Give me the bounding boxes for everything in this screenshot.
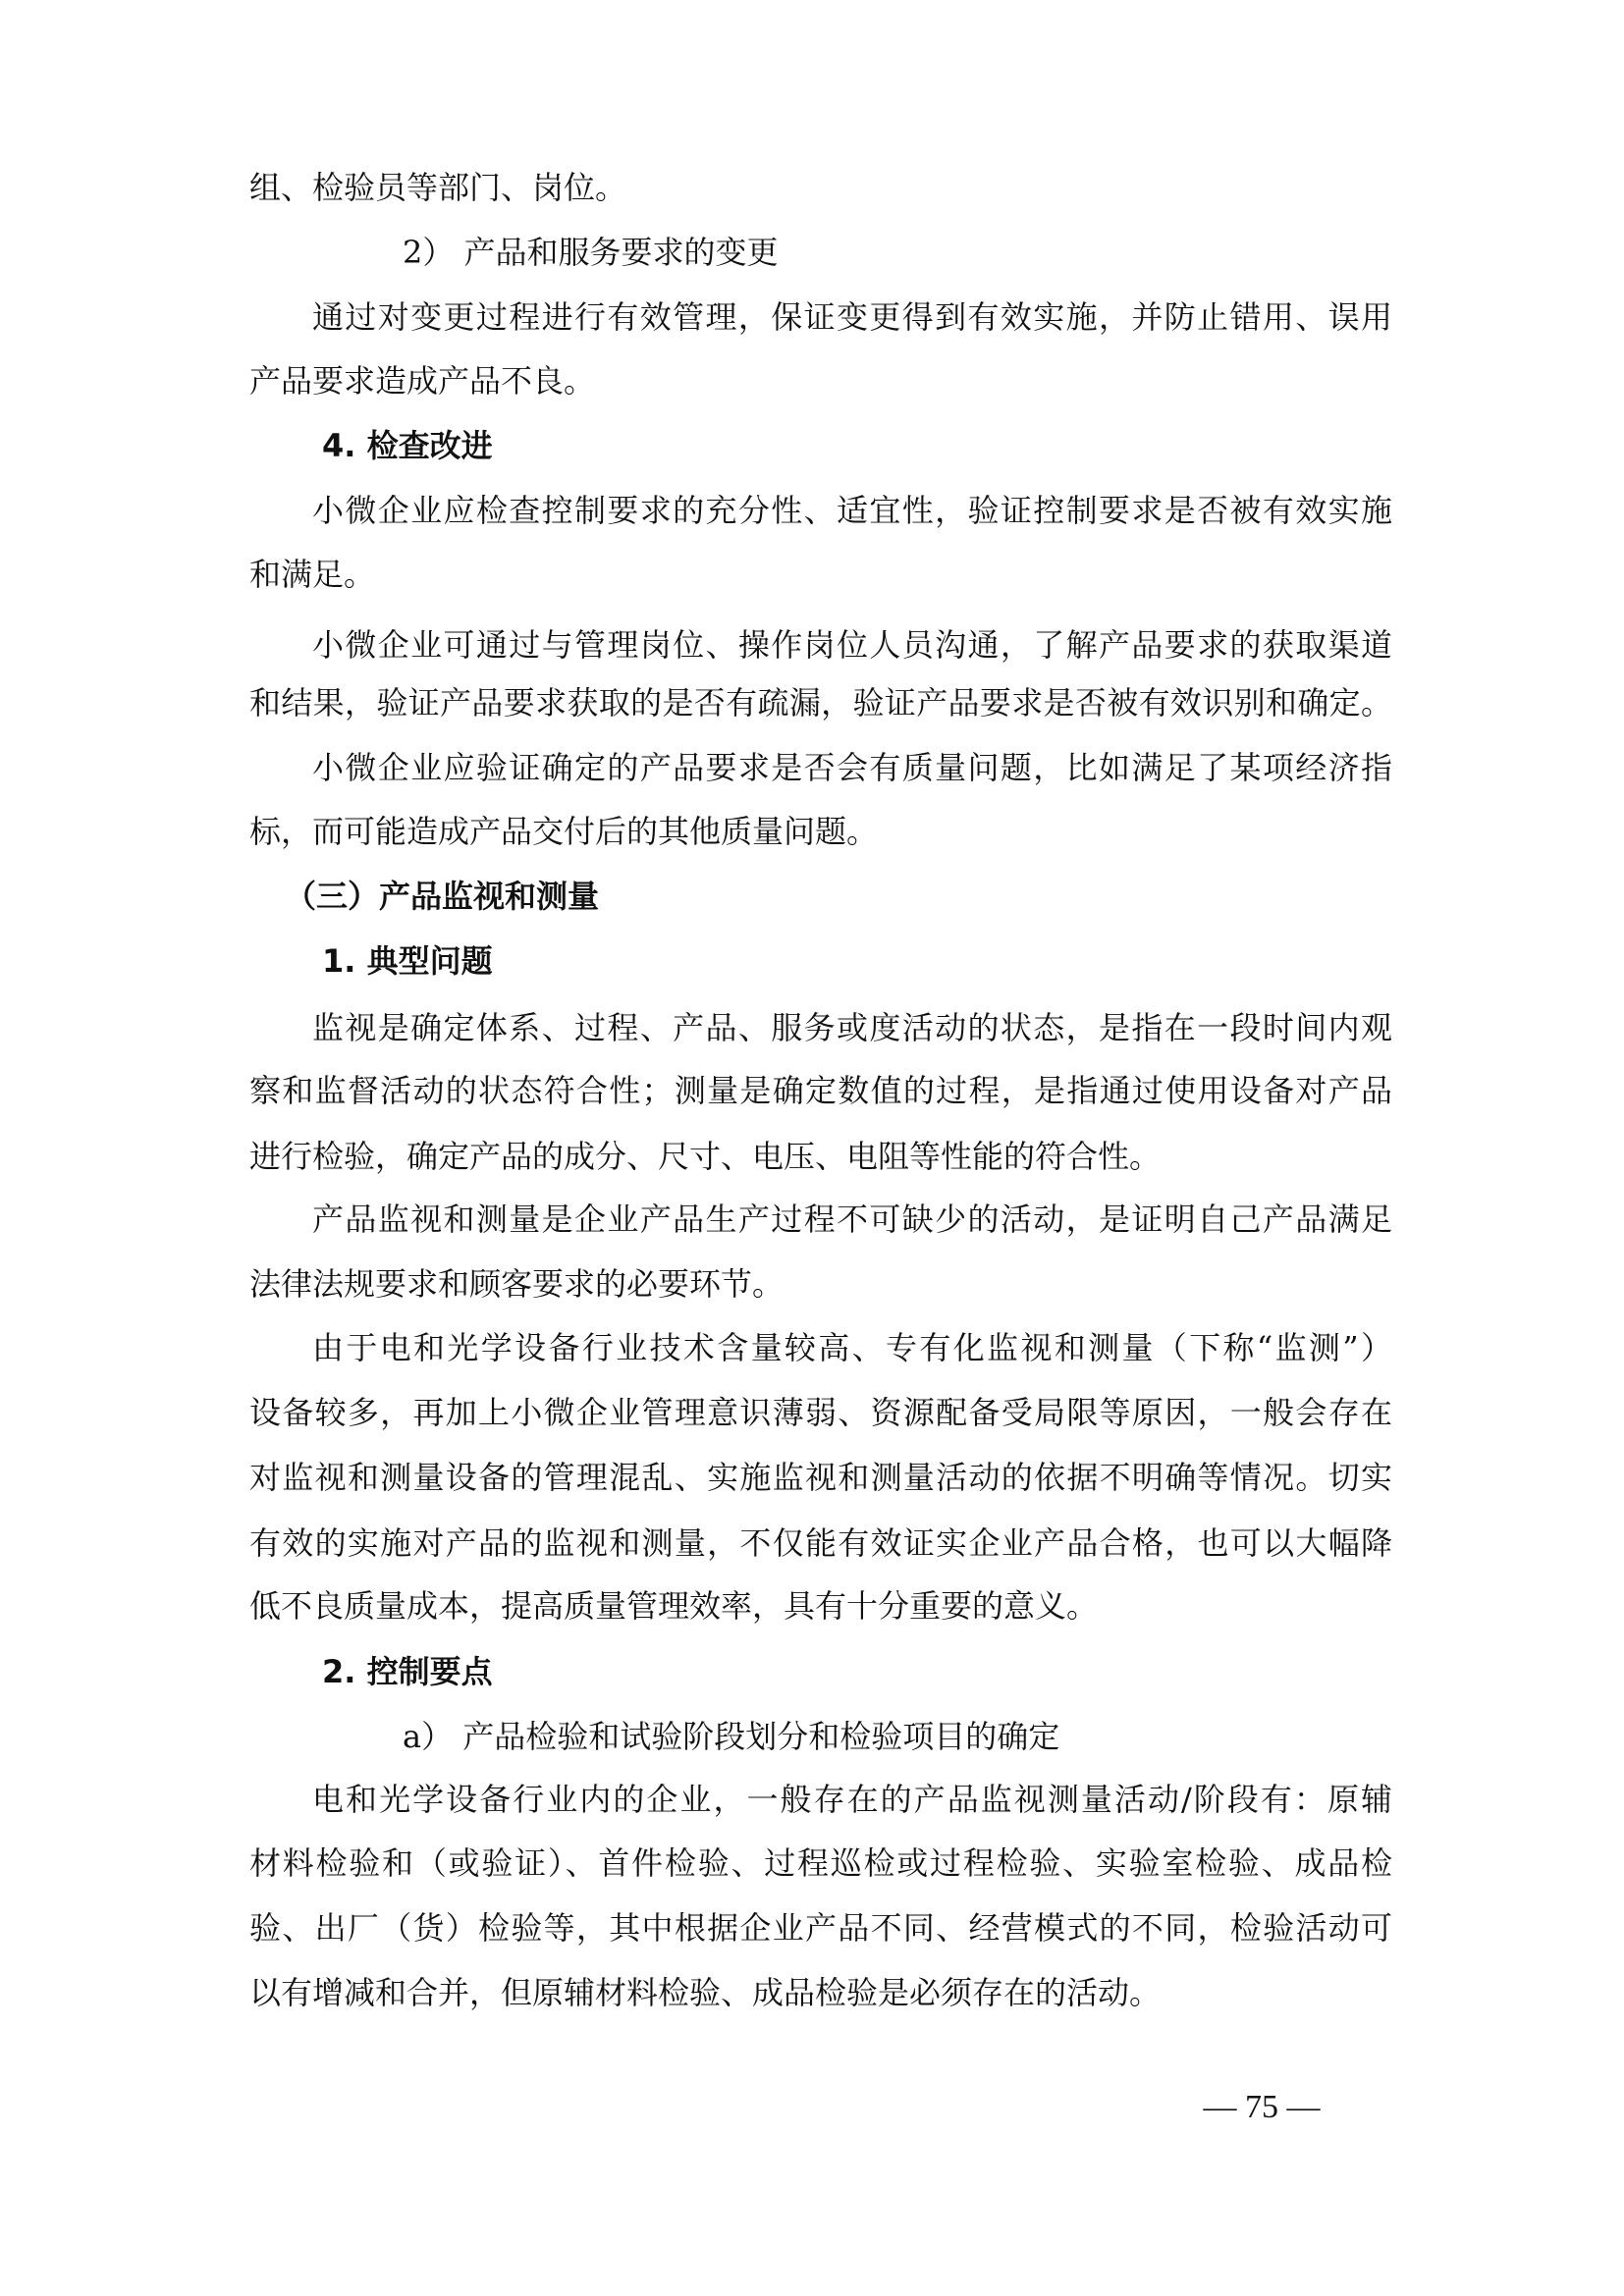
paragraph-line: 法律法规要求和顾客要求的必要环节。 xyxy=(249,1264,1392,1304)
section-heading-monitoring-measurement: （三）产品监视和测量 xyxy=(285,877,1428,916)
paragraph-line: 产品监视和测量是企业产品生产过程不可缺少的活动，是证明自己产品满足 xyxy=(312,1200,1392,1239)
heading-inspection-improvement: 4. 检查改进 xyxy=(322,426,1465,465)
paragraph-line: 产品要求造成产品不良。 xyxy=(249,361,1392,400)
paragraph-line: 设备较多，再加上小微企业管理意识薄弱、资源配备受局限等原因，一般会存在 xyxy=(249,1393,1392,1432)
paragraph-line: 察和监督活动的状态符合性；测量是确定数值的过程，是指通过使用设备对产品 xyxy=(249,1071,1392,1110)
heading-control-points: 2. 控制要点 xyxy=(322,1652,1465,1691)
paragraph-line: 小微企业应验证确定的产品要求是否会有质量问题，比如满足了某项经济指 xyxy=(312,748,1392,787)
paragraph-line: 材料检验和（或验证）、首件检验、过程巡检或过程检验、实验室检验、成品检 xyxy=(249,1843,1392,1883)
paragraph-line: 通过对变更过程进行有效管理，保证变更得到有效实施，并防止错用、误用 xyxy=(312,297,1392,337)
paragraph-line: 进行检验，确定产品的成分、尺寸、电压、电阻等性能的符合性。 xyxy=(249,1137,1392,1176)
subheading-product-service-change: 2） 产品和服务要求的变更 xyxy=(403,233,1545,272)
heading-typical-problems: 1. 典型问题 xyxy=(322,941,1465,981)
paragraph-line: 小微企业应检查控制要求的充分性、适宜性，验证控制要求是否被有效实施 xyxy=(312,491,1392,530)
paragraph-line: 和结果，验证产品要求获取的是否有疏漏，验证产品要求是否被有效识别和确定。 xyxy=(249,683,1392,722)
paragraph-line: 有效的实施对产品的监视和测量，不仅能有效证实企业产品合格，也可以大幅降 xyxy=(249,1523,1392,1563)
paragraph-line: 由于电和光学设备行业技术含量较高、专有化监视和测量（下称“监测”） xyxy=(312,1328,1392,1367)
paragraph-line: 小微企业可通过与管理岗位、操作岗位人员沟通，了解产品要求的获取渠道 xyxy=(312,625,1392,665)
paragraph-line: 验、出厂（货）检验等，其中根据企业产品不同、经营模式的不同，检验活动可 xyxy=(249,1908,1392,1948)
subheading-inspection-stages: a） 产品检验和试验阶段划分和检验项目的确定 xyxy=(403,1717,1545,1756)
paragraph-line: 和满足。 xyxy=(249,555,1392,594)
paragraph-line: 以有增减和合并，但原辅材料检验、成品检验是必须存在的活动。 xyxy=(249,1973,1392,2012)
paragraph-line: 组、检验员等部门、岗位。 xyxy=(249,168,1392,207)
paragraph-line: 低不良质量成本，提高质量管理效率，具有十分重要的意义。 xyxy=(249,1586,1392,1626)
paragraph-line: 标，而可能造成产品交付后的其他质量问题。 xyxy=(249,812,1392,851)
paragraph-line: 对监视和测量设备的管理混乱、实施监视和测量活动的依据不明确等情况。切实 xyxy=(249,1458,1392,1497)
page-number: — 75 — xyxy=(1178,2089,1345,2126)
paragraph-line: 电和光学设备行业内的企业，一般存在的产品监视测量活动/阶段有：原辅 xyxy=(312,1780,1392,1819)
paragraph-line: 监视是确定体系、过程、产品、服务或度活动的状态，是指在一段时间内观 xyxy=(312,1008,1392,1047)
